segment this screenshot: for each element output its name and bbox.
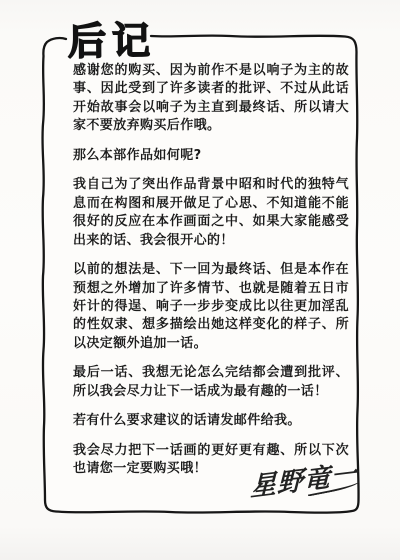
paragraph-showa-era: 我自己为了突出作品背景中昭和时代的独特气息而在构图和展开做足了心思、不知道能不能… [73, 176, 349, 250]
afterword-text: 感谢您的购买、因为前作不是以响子为主的故事、因此受到了许多读者的批评、不过从此话… [73, 62, 349, 490]
paragraph-question: 那么本部作品如何呢? [73, 147, 349, 165]
paragraph-thanks: 感谢您的购买、因为前作不是以响子为主的故事、因此受到了许多读者的批评、不过从此话… [73, 62, 349, 136]
paragraph-feedback: 若有什么要求建议的话请发邮件给我。 [73, 412, 349, 430]
paragraph-extra-chapter: 以前的想法是、下一回为最终话、但是本作在预想之外增加了许多情节、也就是随着五日市… [73, 261, 349, 353]
page-title: 后记 [68, 10, 156, 66]
paragraph-final-chapter: 最后一话、我想无论怎么完结都会遭到批评、所以我会尽力让下一话成为最有趣的一话！ [73, 364, 349, 401]
afterword-page: 后记 感谢您的购买、因为前作不是以响子为主的故事、因此受到了许多读者的批评、不过… [0, 0, 400, 560]
